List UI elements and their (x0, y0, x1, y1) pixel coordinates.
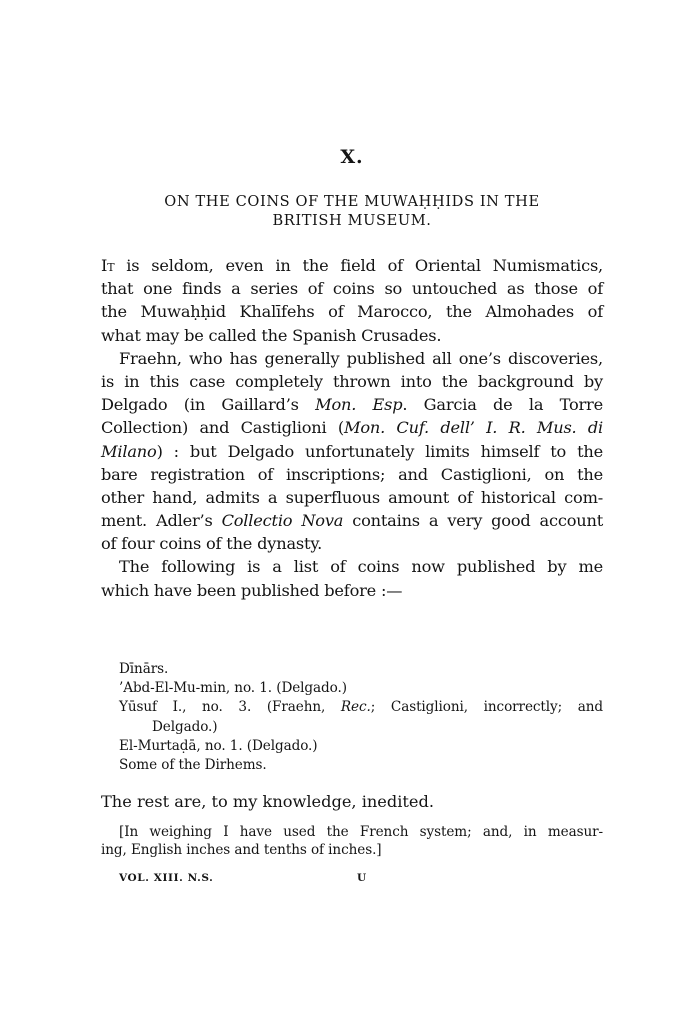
paragraph-1-line-3: the Muwaḥḥid Khalīfehs of Marocco, the A… (101, 300, 603, 323)
paragraph-1-line-1: It is seldom, even in the field of Orien… (101, 254, 603, 277)
drop-smallcaps-lead: It (101, 256, 114, 275)
paragraph-1-line-2: that one finds a series of coins so unto… (101, 277, 603, 300)
chapter-title-line-1: ON THE COINS OF THE MUWAḤḤIDS IN THE (101, 192, 603, 211)
list-item: Some of the Dirhems. (119, 756, 603, 775)
note-line-1: [In weighing I have used the French syst… (101, 823, 603, 841)
chapter-title-line-2: BRITISH MUSEUM. (101, 211, 603, 230)
paragraph-2-line-1: Fraehn, who has generally published all … (101, 347, 603, 370)
italic-title-milano: Milano (101, 442, 157, 461)
printer-signature-mark: U (357, 872, 367, 884)
paragraph-2-line-9: of four coins of the dynasty. (101, 532, 603, 555)
paragraph-2-line-6: bare registration of inscriptions; and C… (101, 463, 603, 486)
paragraph-2-line-4: Collection) and Castiglioni (Mon. Cuf. d… (101, 416, 603, 439)
italic-title-rec: Rec. (341, 699, 371, 715)
paragraph-2-line-2: is in this case completely thrown into t… (101, 370, 603, 393)
paragraph-3-line-2: which have been published before :— (101, 579, 603, 602)
note-line-2: ing, English inches and tenths of inches… (101, 841, 603, 859)
paragraph-2-line-3: Delgado (in Gaillard’s Mon. Esp. Garcia … (101, 393, 603, 416)
body-text: It is seldom, even in the field of Orien… (101, 254, 603, 602)
chapter-title: ON THE COINS OF THE MUWAḤḤIDS IN THE BRI… (101, 192, 603, 230)
paragraph-3-line-1: The following is a list of coins now pub… (101, 555, 603, 578)
coin-list: Dīnārs. ’Abd-El-Mu-min, no. 1. (Delgado.… (119, 660, 603, 775)
list-item: El-Murtaḍā, no. 1. (Delgado.) (119, 737, 603, 756)
list-item: Yūsuf I., no. 3. (Fraehn, Rec.; Castigli… (119, 698, 603, 717)
paragraph-2-line-8: ment. Adler’s Collectio Nova contains a … (101, 509, 603, 532)
italic-title-mon-cuf: Mon. Cuf. dell’ I. R. Mus. di (344, 418, 603, 437)
list-item: Dīnārs. (119, 660, 603, 679)
paragraph-2-line-5: Milano) : but Delgado unfortunately limi… (101, 440, 603, 463)
volume-signature: VOL. XIII. N.S. (119, 872, 213, 884)
paragraph-1-line-4: what may be called the Spanish Crusades. (101, 324, 603, 347)
list-item: ’Abd-El-Mu-min, no. 1. (Delgado.) (119, 679, 603, 698)
chapter-number: X. (101, 146, 603, 168)
italic-title-collectio-nova: Collectio Nova (222, 511, 344, 530)
italic-title-mon-esp: Mon. Esp (315, 395, 402, 414)
paragraph-2-line-7: other hand, admits a superfluous amount … (101, 486, 603, 509)
closing-statement: The rest are, to my knowledge, inedited. (101, 790, 603, 813)
list-item-continuation: Delgado.) (119, 718, 603, 737)
bracketed-note: [In weighing I have used the French syst… (101, 823, 603, 859)
